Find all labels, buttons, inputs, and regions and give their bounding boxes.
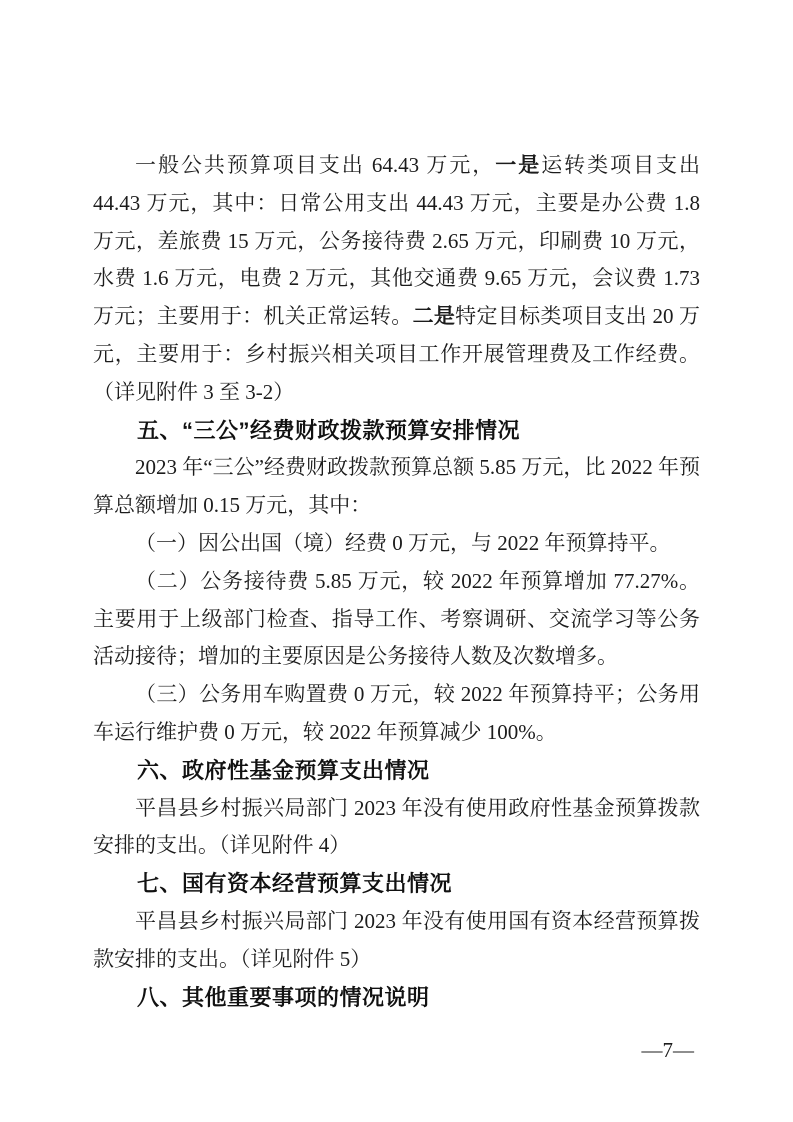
paragraph-item-one-overseas-trips: （一）因公出国（境）经费 0 万元，与 2022 年预算持平。 bbox=[93, 525, 700, 563]
paragraph-general-public-budget: 一般公共预算项目支出 64.43 万元，一是运转类项目支出 44.43 万元，其… bbox=[93, 147, 700, 412]
paragraph-sangong-total: 2023 年“三公”经费财政拨款预算总额 5.85 万元，比 2022 年预算总… bbox=[93, 449, 700, 525]
page-number: —7— bbox=[642, 1038, 695, 1062]
paragraph-state-capital: 平昌县乡村振兴局部门 2023 年没有使用国有资本经营预算拨款安排的支出。（详见… bbox=[93, 903, 700, 979]
emphasis-first-point: 一是 bbox=[495, 153, 541, 177]
paragraph-item-two-official-reception: （二）公务接待费 5.85 万元，较 2022 年预算增加 77.27%。主要用… bbox=[93, 563, 700, 676]
paragraph-item-three-official-vehicles: （三）公务用车购置费 0 万元，较 2022 年预算持平；公务用车运行维护费 0… bbox=[93, 676, 700, 752]
document-body: 一般公共预算项目支出 64.43 万元，一是运转类项目支出 44.43 万元，其… bbox=[93, 147, 700, 1016]
emphasis-second-point: 二是 bbox=[413, 304, 456, 328]
heading-section-seven-state-capital-budget: 七、国有资本经营预算支出情况 bbox=[93, 865, 700, 903]
heading-section-six-government-fund-budget: 六、政府性基金预算支出情况 bbox=[93, 752, 700, 790]
heading-section-five-three-public-funds: 五、“三公”经费财政拨款预算安排情况 bbox=[93, 412, 700, 450]
document-page: 一般公共预算项目支出 64.43 万元，一是运转类项目支出 44.43 万元，其… bbox=[0, 0, 793, 1122]
heading-section-eight-other-important-matters: 八、其他重要事项的情况说明 bbox=[93, 979, 700, 1017]
text-run: 一般公共预算项目支出 64.43 万元， bbox=[135, 153, 495, 177]
paragraph-government-fund: 平昌县乡村振兴局部门 2023 年没有使用政府性基金预算拨款安排的支出。（详见附… bbox=[93, 790, 700, 866]
text-run: 运转类项目支出 44.43 万元，其中：日常公用支出 44.43 万元，主要是办… bbox=[93, 153, 700, 328]
